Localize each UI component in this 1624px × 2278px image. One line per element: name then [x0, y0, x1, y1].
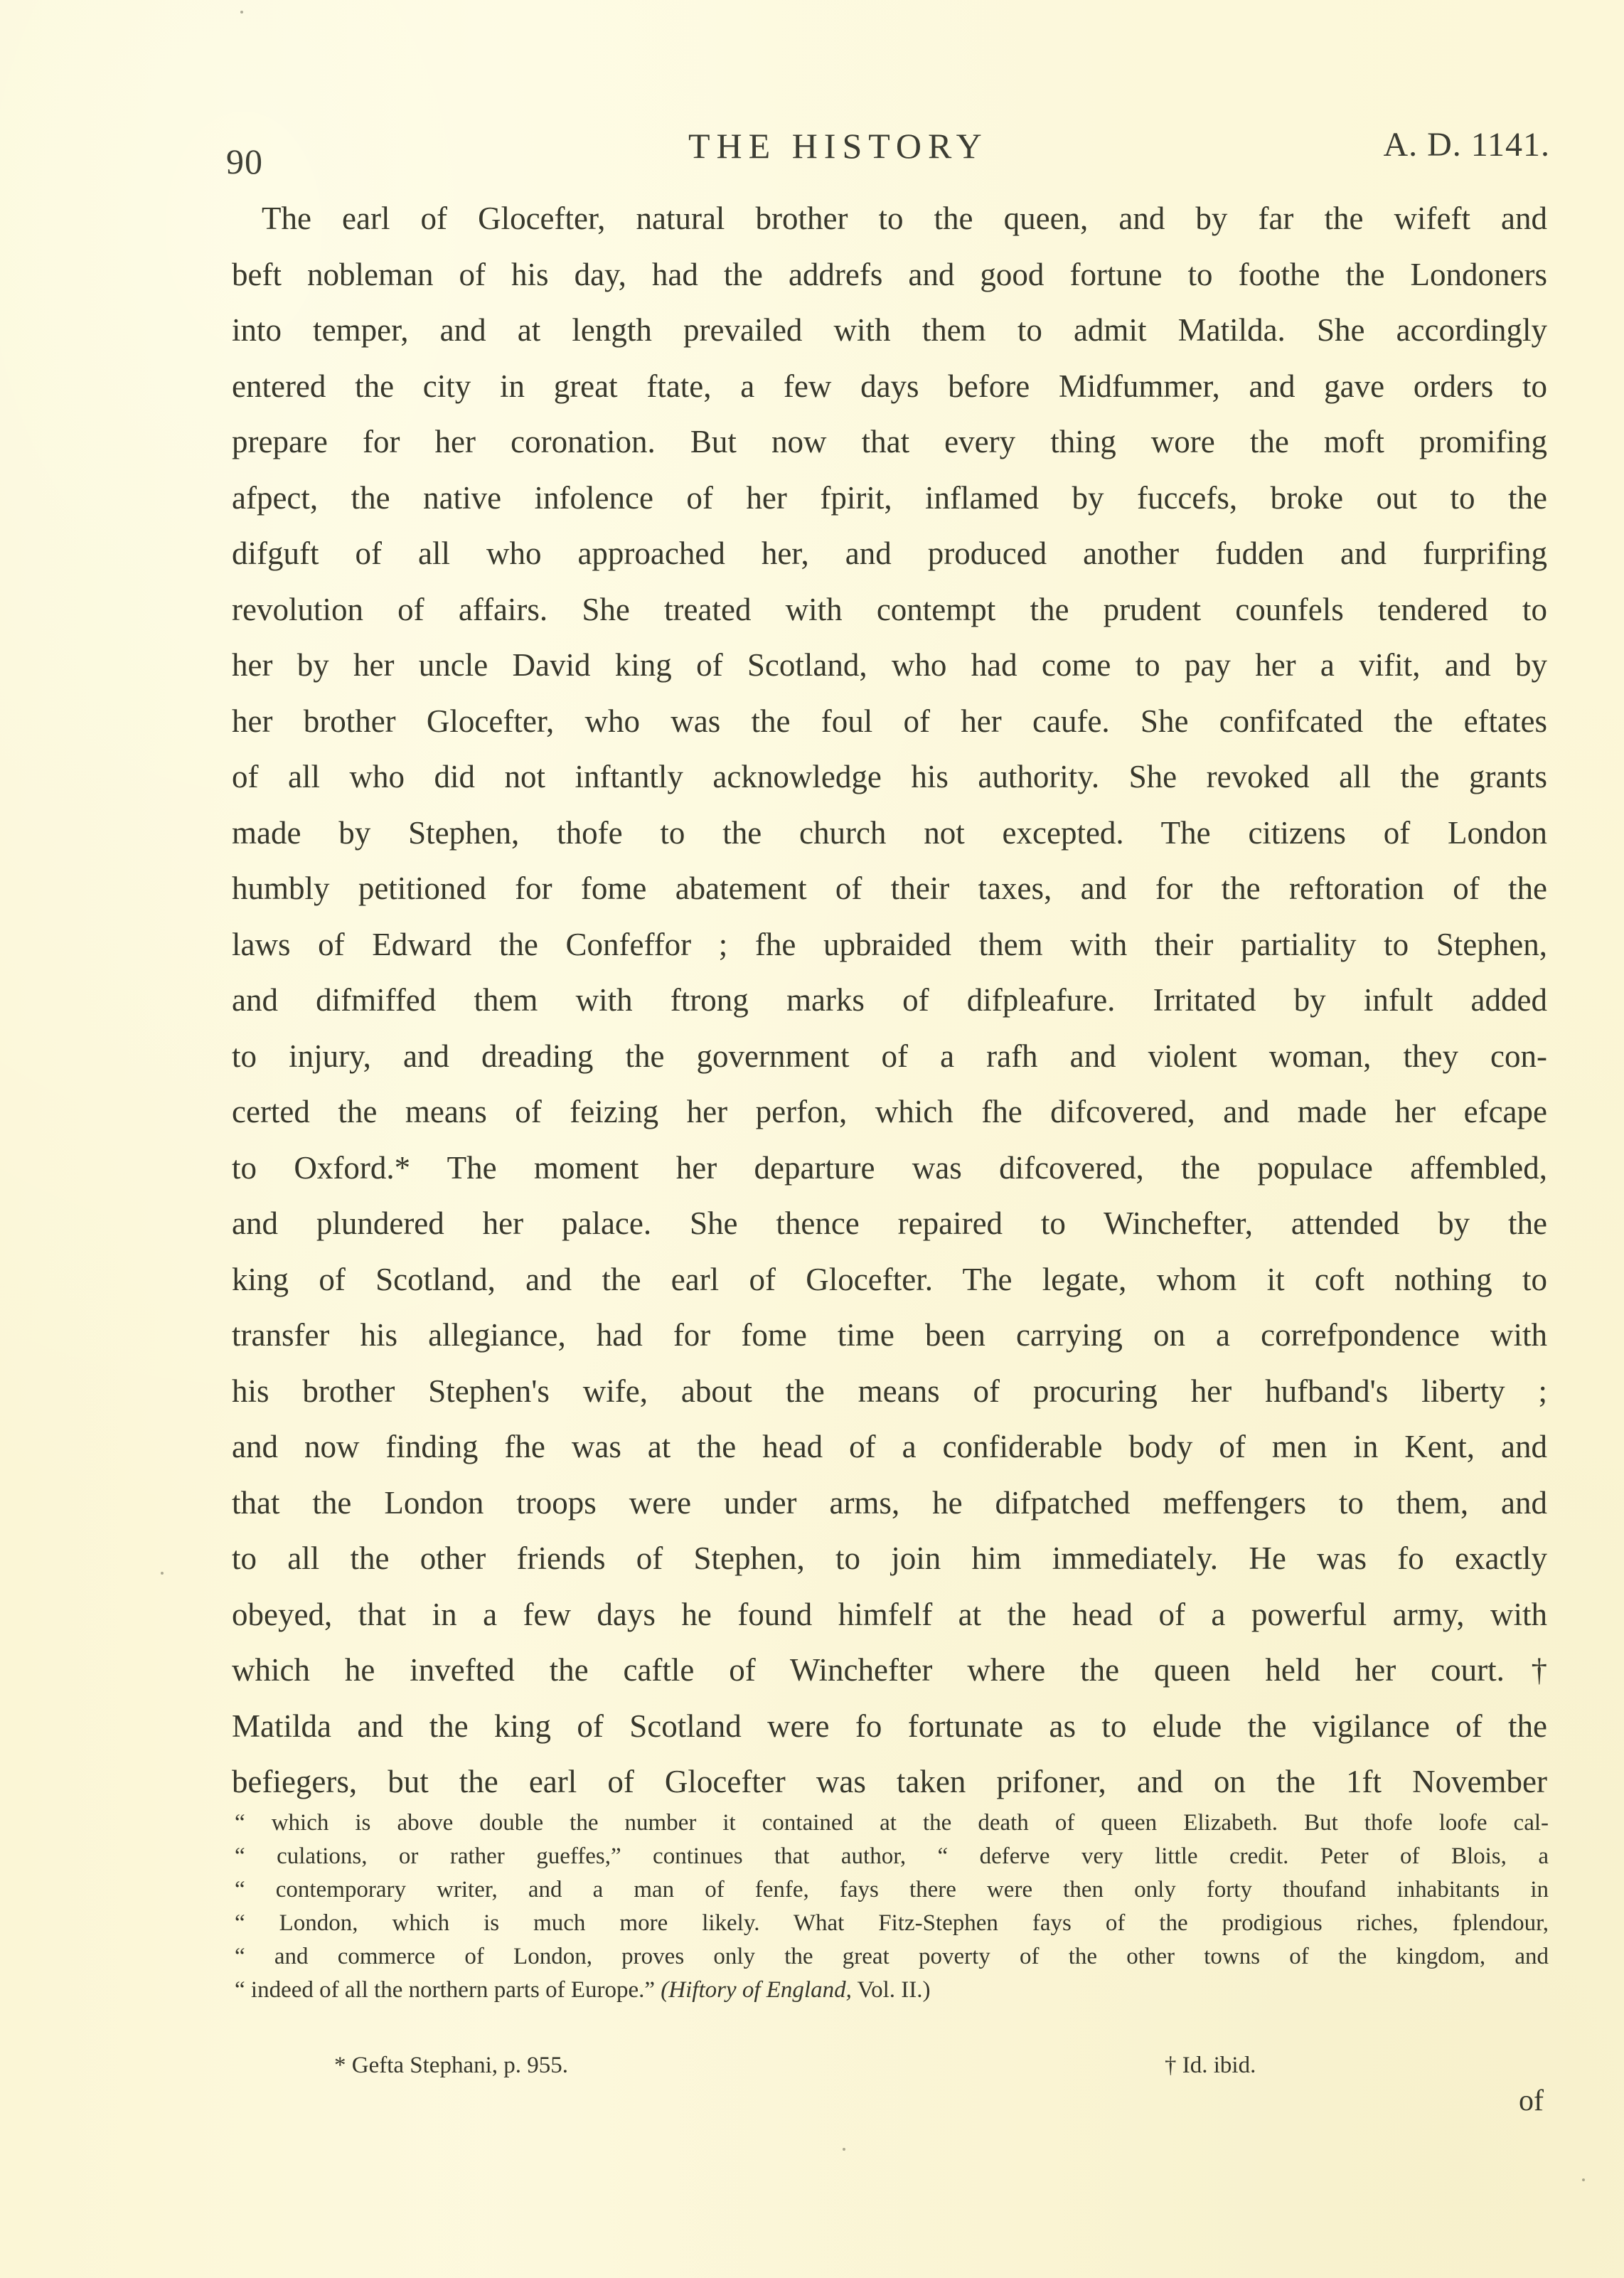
- body-line: her brother Glocefter, who was the foul …: [232, 693, 1547, 750]
- body-line: Matilda and the king of Scotland were fo…: [232, 1698, 1547, 1755]
- body-line: and plundered her palace. She thence rep…: [232, 1196, 1547, 1252]
- footnote-line: “ contemporary writer, and a man of fenf…: [235, 1873, 1549, 1907]
- body-line: entered the city in great ftate, a few d…: [232, 358, 1547, 415]
- page-number: 90: [226, 141, 263, 182]
- body-line: his brother Stephen's wife, about the me…: [232, 1363, 1547, 1420]
- body-line: that the London troops were under arms, …: [232, 1475, 1547, 1531]
- paper-speck: [161, 1572, 164, 1575]
- footnote-citation-volume: Vol. II.): [852, 1977, 931, 2003]
- body-line: obeyed, that in a few days he found himf…: [232, 1587, 1547, 1643]
- body-line: afpect, the native infolence of her fpir…: [232, 470, 1547, 526]
- footnote-citation-title: (Hiftory of England,: [661, 1977, 852, 2003]
- body-line: revolution of affairs. She treated with …: [232, 582, 1547, 638]
- body-line: befiegers, but the earl of Glocefter was…: [232, 1754, 1547, 1810]
- body-line: prepare for her coronation. But now that…: [232, 414, 1547, 470]
- paper-speck: [1582, 2178, 1585, 2181]
- paper-speck: [240, 11, 243, 14]
- running-head: 90 THE HISTORY A. D. 1141.: [226, 119, 1550, 176]
- body-line: to injury, and dreading the government o…: [232, 1028, 1547, 1085]
- body-line: transfer his allegiance, had for fome ti…: [232, 1307, 1547, 1363]
- body-line: The earl of Glocefter, natural brother t…: [232, 191, 1547, 247]
- body-line: into temper, and at length prevailed wit…: [232, 302, 1547, 358]
- body-line: difguft of all who approached her, and p…: [232, 526, 1547, 582]
- paper-speck: [843, 2148, 845, 2151]
- footnote-line: “ and commerce of London, proves only th…: [235, 1940, 1549, 1974]
- body-line: her by her uncle David king of Scotland,…: [232, 637, 1547, 693]
- footnote-line: “ which is above double the number it co…: [235, 1806, 1549, 1840]
- body-line: beft nobleman of his day, had the addref…: [232, 247, 1547, 303]
- body-line: laws of Edward the Confeffor ; fhe upbra…: [232, 917, 1547, 973]
- catchword: of: [1519, 2084, 1544, 2118]
- body-line: certed the means of feizing her perfon, …: [232, 1084, 1547, 1140]
- body-line: made by Stephen, thofe to the church not…: [232, 805, 1547, 861]
- main-paragraph: The earl of Glocefter, natural brother t…: [232, 191, 1547, 1810]
- running-title: THE HISTORY: [688, 125, 988, 166]
- footnote-references: * Gefta Stephani, p. 955. † Id. ibid.: [334, 2053, 1330, 2088]
- body-line: king of Scotland, and the earl of Glocef…: [232, 1252, 1547, 1308]
- footnote-star-reference: * Gefta Stephani, p. 955.: [334, 2053, 568, 2079]
- body-line: of all who did not inftantly acknowledge…: [232, 749, 1547, 805]
- body-line: to all the other friends of Stephen, to …: [232, 1531, 1547, 1587]
- footnote-line: “ culations, or rather gueffes,” continu…: [235, 1840, 1549, 1873]
- footnote-line: “ London, which is much more likely. Wha…: [235, 1907, 1549, 1940]
- body-line: and now finding fhe was at the head of a…: [232, 1419, 1547, 1475]
- body-line: which he invefted the caftle of Wincheft…: [232, 1642, 1547, 1698]
- body-line: to Oxford.* The moment her departure was…: [232, 1140, 1547, 1196]
- book-page: 90 THE HISTORY A. D. 1141. The earl of G…: [0, 0, 1624, 2278]
- footnote-line: “ indeed of all the northern parts of Eu…: [235, 1974, 1549, 2007]
- footnote-text: “ indeed of all the northern parts of Eu…: [235, 1977, 661, 2003]
- body-line: humbly petitioned for fome abatement of …: [232, 861, 1547, 917]
- running-date: A. D. 1141.: [1383, 125, 1550, 164]
- body-line: and difmiffed them with ftrong marks of …: [232, 972, 1547, 1028]
- footnote-block: “ which is above double the number it co…: [235, 1806, 1549, 2007]
- footnote-dagger-reference: † Id. ibid.: [1165, 2053, 1256, 2079]
